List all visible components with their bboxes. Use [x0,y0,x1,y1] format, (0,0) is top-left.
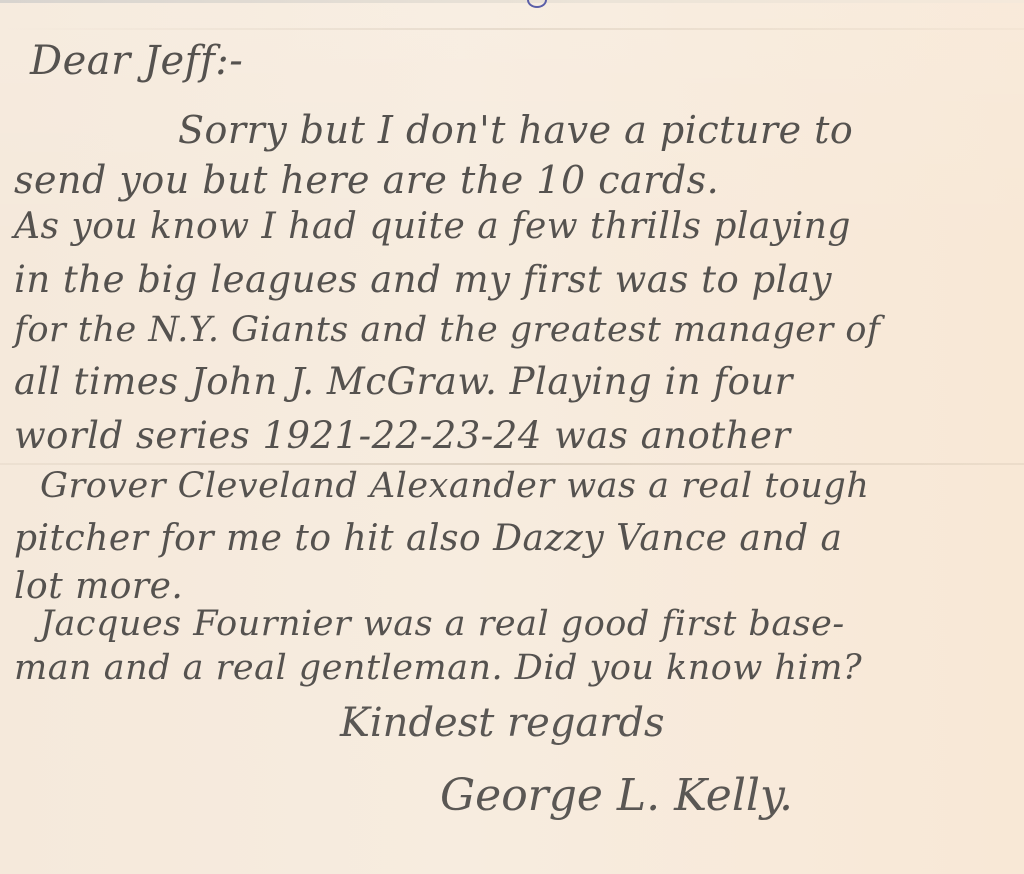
blue-ink-mark [527,0,547,8]
letter-paper: Dear Jeff:- Sorry but I don't have a pic… [0,0,1024,874]
letter-line: in the big leagues and my first was to p… [14,258,832,301]
letter-line: As you know I had quite a few thrills pl… [14,206,851,247]
signature: George L. Kelly. [440,770,793,821]
letter-line: pitcher for me to hit also Dazzy Vance a… [14,518,843,559]
closing: Kindest regards [340,700,665,746]
paper-top-crease [0,28,1024,30]
letter-line: world series 1921-22-23-24 was another [14,414,791,457]
letter-line: all times John J. McGraw. Playing in fou… [14,360,793,403]
letter-line: Grover Cleveland Alexander was a real to… [40,466,869,506]
letter-line: man and a real gentleman. Did you know h… [14,648,862,688]
letter-line: Jacques Fournier was a real good first b… [40,604,845,644]
salutation: Dear Jeff:- [30,38,243,84]
paper-top-edge [0,0,1024,3]
letter-line: send you but here are the 10 cards. [14,158,719,202]
letter-line: Sorry but I don't have a picture to [178,108,853,152]
letter-line: for the N.Y. Giants and the greatest man… [14,310,880,350]
paper-fold-line [0,463,1024,465]
letter-line: lot more. [14,566,183,607]
